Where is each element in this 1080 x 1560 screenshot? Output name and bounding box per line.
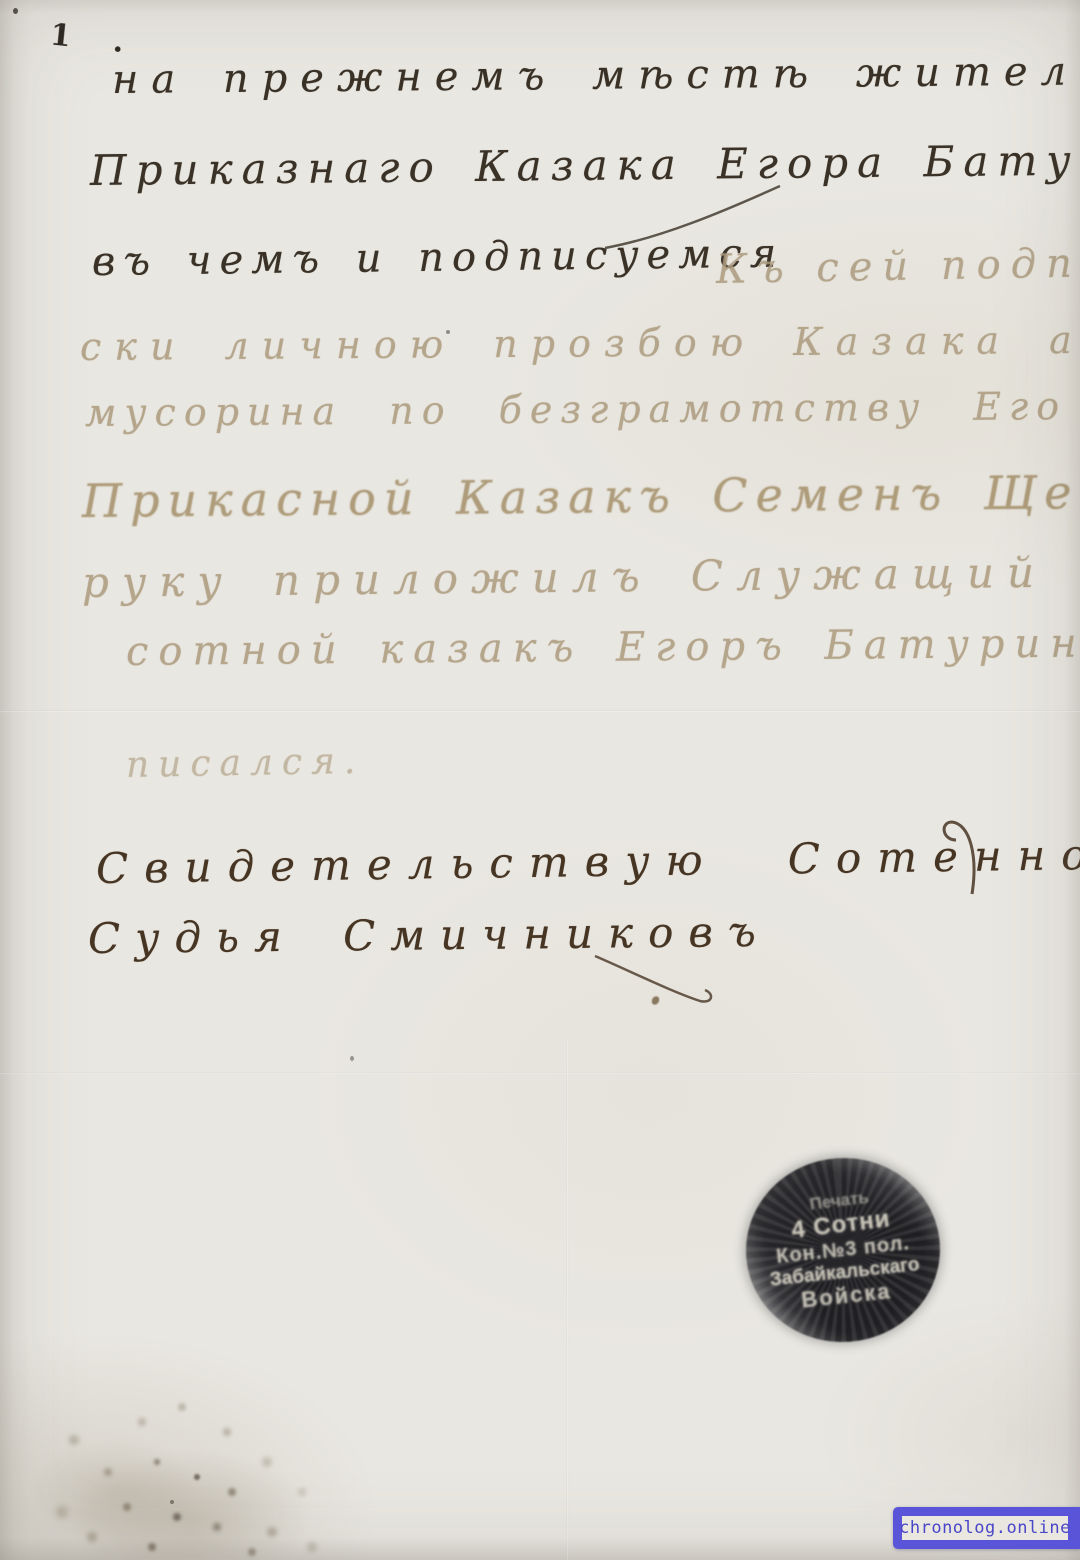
manuscript-line-10: писался. [126,744,365,784]
manuscript-line-8: руку приложилъ Служащий при [82,550,1080,604]
ink-stain-backdrop [20,1390,400,1560]
ink-dot [650,995,661,1006]
page-number-mark: 1 . [48,17,141,61]
fold-crease-horizontal [0,1072,1080,1075]
manuscript-line-4: Къ сей подпи [716,243,1080,290]
military-seal-stamp: Печать 4 Сотни Кон.№3 пол. Забайкальскаг… [740,1151,946,1348]
document-page: 1 . на прежнемъ мѣстѣ жительства Приказн… [0,0,1080,1560]
manuscript-line-2: Приказнаго Казака Егора Батурина [90,138,1080,192]
ink-speck [13,8,18,14]
fold-crease-horizontal [0,710,1080,713]
watermark-text: chronolog.online [899,1518,1071,1538]
ink-speck [350,1056,354,1061]
fold-crease-vertical [566,1040,569,1560]
manuscript-line-1: на прежнемъ мѣстѣ жительства [112,50,1080,100]
manuscript-line-3: въ чемъ и подписуемся [92,234,785,282]
watermark-panel: chronolog.online [902,1516,1068,1540]
manuscript-line-6: мусорина по безграмотству Его [85,387,1067,432]
manuscript-line-9: сотной казакъ Егоръ Батуринъ по [126,622,1080,672]
watermark-badge: chronolog.online [893,1507,1080,1549]
manuscript-line-5: ски личною прозбою Казака анто [80,320,1080,366]
manuscript-line-12: Судья Смичниковъ [88,911,771,960]
ink-stain [170,1500,174,1504]
stamp-text-block: Печать 4 Сотни Кон.№3 пол. Забайкальскаг… [740,1151,946,1348]
manuscript-line-7: Прикасной Казакъ Семенъ Щегловъ [82,468,1080,524]
manuscript-line-11: Свидетельствую Сотенной. [96,833,1080,890]
